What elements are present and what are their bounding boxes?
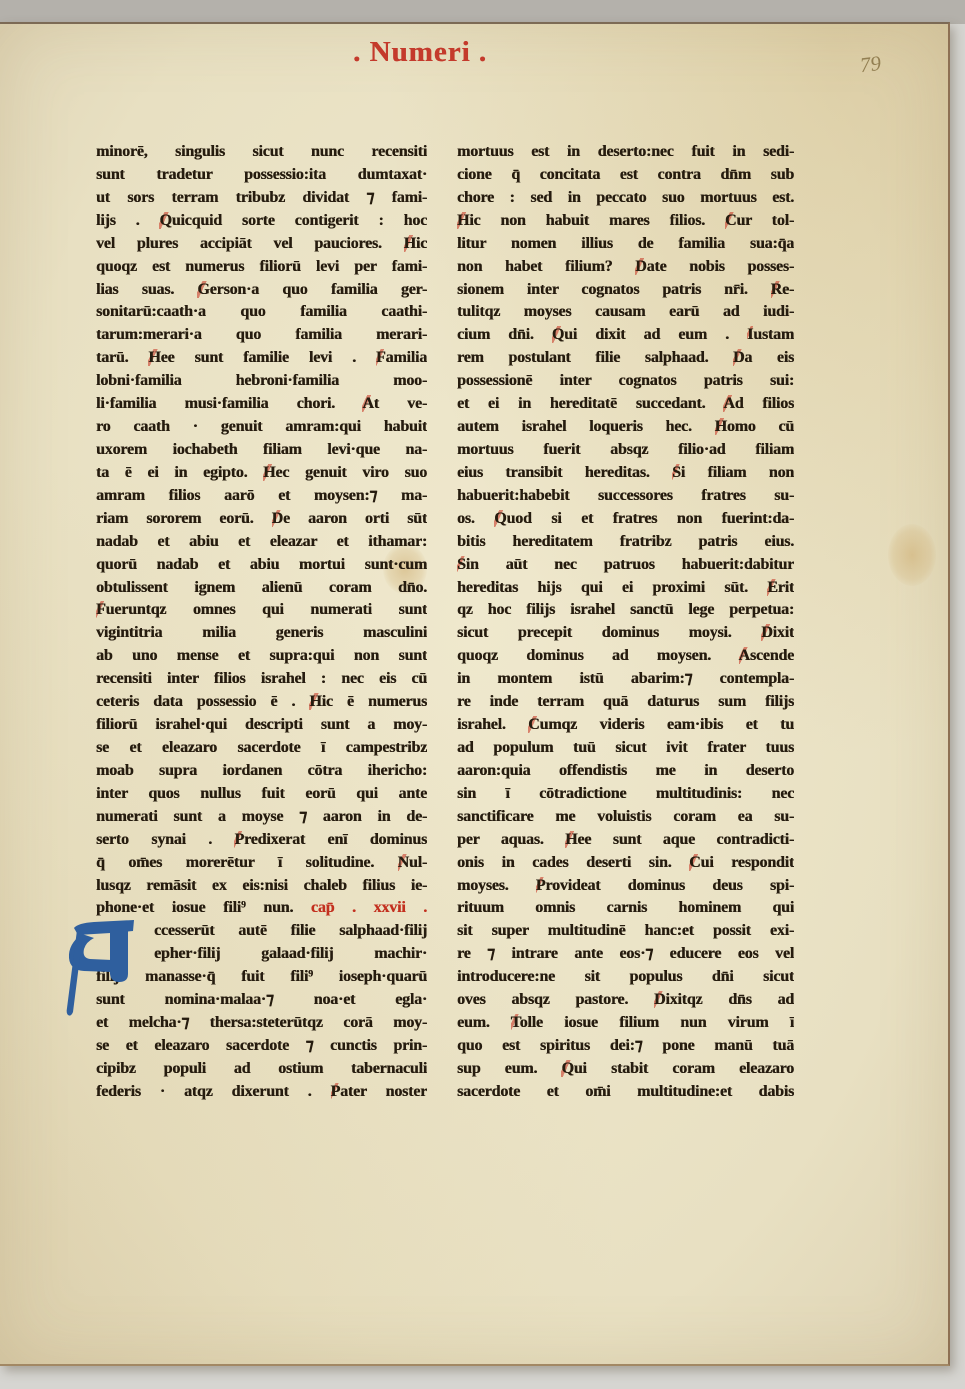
rubricated-capital: I	[747, 326, 753, 343]
rubricated-capital: P	[536, 877, 546, 894]
text-line: per aquas. Hee sunt aque contradicti-	[457, 829, 794, 852]
text-line: sonitarū:caath·a quo familia caathi-	[96, 301, 427, 324]
text-line: lias suas. Gerson·a quo familia ger-	[96, 279, 427, 302]
rubricated-capital: Q	[494, 510, 506, 527]
text-line: oves absqz pastore. Dixitqz dn̄s ad	[457, 989, 794, 1012]
text-line: eum. Tolle iosue filium nun virum ī	[457, 1012, 794, 1035]
text-line: qz hoc filijs israhel sanctū lege perpet…	[457, 599, 794, 622]
rubricated-capital: Q	[552, 326, 564, 343]
folio-number: 79	[859, 51, 883, 78]
text-line: amram filios aarō et moysen:⁊ ma-	[96, 485, 427, 508]
text-line: li·familia musi·familia chori. At ve-	[96, 393, 427, 416]
text-line: quoqz dominus ad moysen. Ascende	[457, 645, 794, 668]
text-line: minorē, singulis sicut nunc recensiti	[96, 141, 427, 164]
text-line: israhel. Cumqz videris eam·ibis et tu	[457, 714, 794, 737]
rubricated-capital: C	[528, 716, 539, 733]
text-line: onis in cades deserti sin. Cui respondit	[457, 852, 794, 875]
text-line: ccesserūt autē filie salphaad·filij	[96, 920, 427, 943]
text-line: habuerit:habebit successores fratres su-	[457, 485, 794, 508]
text-line: chore : sed in peccato suo mortuus est.	[457, 187, 794, 210]
rubricated-capital: A	[739, 647, 750, 664]
text-line: sacerdote et om̄i multitudine:et dabis	[457, 1081, 794, 1104]
rubricated-capital: T	[511, 1014, 520, 1031]
rubricated-capital: H	[263, 464, 275, 481]
text-line: inter quos nullus fuit eorū qui ante	[96, 783, 427, 806]
text-line: vigintitria milia generis masculini	[96, 622, 427, 645]
rubricated-capital: H	[715, 418, 727, 435]
text-line: cium dn̄i. Qui dixit ad eum . Iustam	[457, 324, 794, 347]
text-line: epher·filij galaad·filij machir·	[96, 943, 427, 966]
rubricated-capital: H	[148, 349, 160, 366]
text-line: se et eleazaro sacerdote ⁊ cunctis prin-	[96, 1035, 427, 1058]
text-line: introducere:ne sit populus dn̄i sicut	[457, 966, 794, 989]
text-line: sin ī cōtradictione multitudinis: nec	[457, 783, 794, 806]
text-line: sunt tradetur possessio:ita dumtaxat·	[96, 164, 427, 187]
text-line: hereditas hijs qui ei proximi sūt. Erit	[457, 577, 794, 600]
text-line: phone·et iosue fili⁹ nun. cap̄ . xxvii .	[96, 897, 427, 920]
text-line: non habet filium? Date nobis posses-	[457, 256, 794, 279]
text-line: rituum omnis carnis hominem qui	[457, 897, 794, 920]
rubricated-capital: C	[725, 212, 736, 229]
text-line: filij manasse·q̄ fuit fili⁹ ioseph·quarū	[96, 966, 427, 989]
rubricated-capital: C	[689, 854, 700, 871]
text-line: et ei in hereditatē succedant. Ad filios	[457, 393, 794, 416]
text-line: nadab et abiu et eleazar et ithamar:	[96, 531, 427, 554]
text-line: Sin aūt nec patruos habuerit:dabitur	[457, 554, 794, 577]
text-line: sup eum. Qui stabit coram eleazaro	[457, 1058, 794, 1081]
text-line: riam sororem eorū. De aaron orti sūt	[96, 508, 427, 531]
text-line: os. Quod si et fratres non fuerint:da-	[457, 508, 794, 531]
rubricated-capital: D	[272, 510, 283, 527]
rubricated-capital: D	[761, 624, 772, 641]
text-line: uxorem iochabeth filiam levi·que na-	[96, 439, 427, 462]
text-line: lusqz remāsit ex eis:nisi chaleb filius …	[96, 875, 427, 898]
chapter-heading: cap̄ . xxvii .	[293, 899, 427, 916]
text-line: re ⁊ intrare ante eos·⁊ educere eos vel	[457, 943, 794, 966]
text-line: eius transibit hereditas. Si filiam non	[457, 462, 794, 485]
running-header-title: . Numeri .	[330, 36, 510, 69]
text-line: tulitqz moyses causam earū ad iudi-	[457, 301, 794, 324]
text-line: moab supra iordanen cōtra ihericho:	[96, 760, 427, 783]
text-line: cipibz populi ad ostium tabernaculi	[96, 1058, 427, 1081]
text-line: quoqz est numerus filiorū levi per fami-	[96, 256, 427, 279]
text-line: filiorū israhel·qui descripti sunt a moy…	[96, 714, 427, 737]
rubricated-capital: H	[404, 235, 416, 252]
text-line: ab uno mense et supra:qui non sunt	[96, 645, 427, 668]
text-line: ut sors terram tribubz dividat ⁊ fami-	[96, 187, 427, 210]
text-line: ceteris data possessio ē . Hic ē numerus	[96, 691, 427, 714]
text-line: sit super multitudinē hanc:et possit exi…	[457, 920, 794, 943]
rubricated-capital: P	[234, 831, 244, 848]
text-line: obtulissent ignem alienū coram dn̄o.	[96, 577, 427, 600]
text-line: tarū. Hee sunt familie levi . Familia	[96, 347, 427, 370]
text-line: quo est spiritus dei:⁊ pone manū tuā	[457, 1035, 794, 1058]
rubricated-capital: G	[197, 281, 209, 298]
rubricated-capital: H	[309, 693, 321, 710]
text-column-left: minorē, singulis sicut nunc recensitisun…	[96, 141, 427, 1104]
text-line: ad populum tuū sicut ivit frater tuus	[457, 737, 794, 760]
rubricated-capital: F	[96, 601, 106, 618]
rubricated-capital: D	[654, 991, 665, 1008]
text-line: mortuus fuerit absqz filio·ad filiam	[457, 439, 794, 462]
text-line: aaron:quia offendistis me in deserto	[457, 760, 794, 783]
rubricated-capital: P	[331, 1083, 341, 1100]
text-line: tarum:merari·a quo familia merari-	[96, 324, 427, 347]
rubricated-capital: A	[723, 395, 734, 412]
rubricated-capital: Q	[561, 1060, 573, 1077]
text-line: bitis hereditatem fratribz patris eius.	[457, 531, 794, 554]
text-line: rem postulant filie salphaad. Da eis	[457, 347, 794, 370]
text-line: lijs . Quicquid sorte contigerit : hoc	[96, 210, 427, 233]
rubricated-capital: N	[398, 854, 409, 871]
text-line: vel plures accipiāt vel pauciores. Hic	[96, 233, 427, 256]
rubricated-capital: E	[767, 579, 777, 596]
text-line: Fueruntqz omnes qui numerati sunt	[96, 599, 427, 622]
text-line: moyses. Provideat dominus deus spi-	[457, 875, 794, 898]
rubricated-capital: H	[457, 212, 469, 229]
scan-background-strip	[0, 0, 965, 24]
text-line: litur nomen illius de familia sua:q̄a	[457, 233, 794, 256]
text-line: numerati sunt a moyse ⁊ aaron in de-	[96, 806, 427, 829]
rubricated-capital: H	[565, 831, 577, 848]
text-line: federis · atqz dixerunt . Pater noster	[96, 1081, 427, 1104]
text-line: ro caath · genuit amram:qui habuit	[96, 416, 427, 439]
text-column-right: mortuus est in deserto:nec fuit in sedi-…	[457, 141, 794, 1104]
text-line: serto synai . Predixerat enī dominus	[96, 829, 427, 852]
rubricated-capital: S	[457, 556, 466, 573]
text-line: sanctificare me voluistis coram ea su-	[457, 806, 794, 829]
text-line: possessionē inter cognatos patris sui:	[457, 370, 794, 393]
rubricated-capital: F	[376, 349, 386, 366]
rubricated-capital: Q	[159, 212, 171, 229]
illuminated-initial-a	[64, 916, 142, 1022]
text-line: Hic non habuit mares filios. Cur tol-	[457, 210, 794, 233]
text-line: q̄ om̄es morerētur ī solitudine. Nul-	[96, 852, 427, 875]
text-line: lobni·familia hebroni·familia moo-	[96, 370, 427, 393]
text-line: autem israhel loqueris hec. Homo cū	[457, 416, 794, 439]
text-line: sionem inter cognatos patris nr̄i. Re-	[457, 279, 794, 302]
text-line: in montem istū abarim:⁊ contempla-	[457, 668, 794, 691]
text-line: cione q̄ concitata est contra dn̄m sub	[457, 164, 794, 187]
text-line: sicut precepit dominus moysi. Dixit	[457, 622, 794, 645]
rubricated-capital: S	[672, 464, 681, 481]
rubricated-capital: D	[733, 349, 744, 366]
lombard-a-icon	[64, 916, 142, 1022]
text-line: et melcha·⁊ thersa:steterūtqz corā moy-	[96, 1012, 427, 1035]
parchment-stain-right-margin	[888, 524, 936, 586]
rubricated-capital: A	[362, 395, 373, 412]
text-line: ta ē ei in egipto. Hec genuit viro suo	[96, 462, 427, 485]
text-line: se et eleazaro sacerdote ī campestribz	[96, 737, 427, 760]
text-line: quorū nadab et abiu mortui sunt·cum	[96, 554, 427, 577]
rubricated-capital: D	[635, 258, 646, 275]
text-line: sunt nomina·malaa·⁊ noa·et egla·	[96, 989, 427, 1012]
text-line: recensiti inter filios israhel : nec eis…	[96, 668, 427, 691]
rubricated-capital: R	[771, 281, 782, 298]
text-line: mortuus est in deserto:nec fuit in sedi-	[457, 141, 794, 164]
text-line: re inde terram quā daturus sum filijs	[457, 691, 794, 714]
